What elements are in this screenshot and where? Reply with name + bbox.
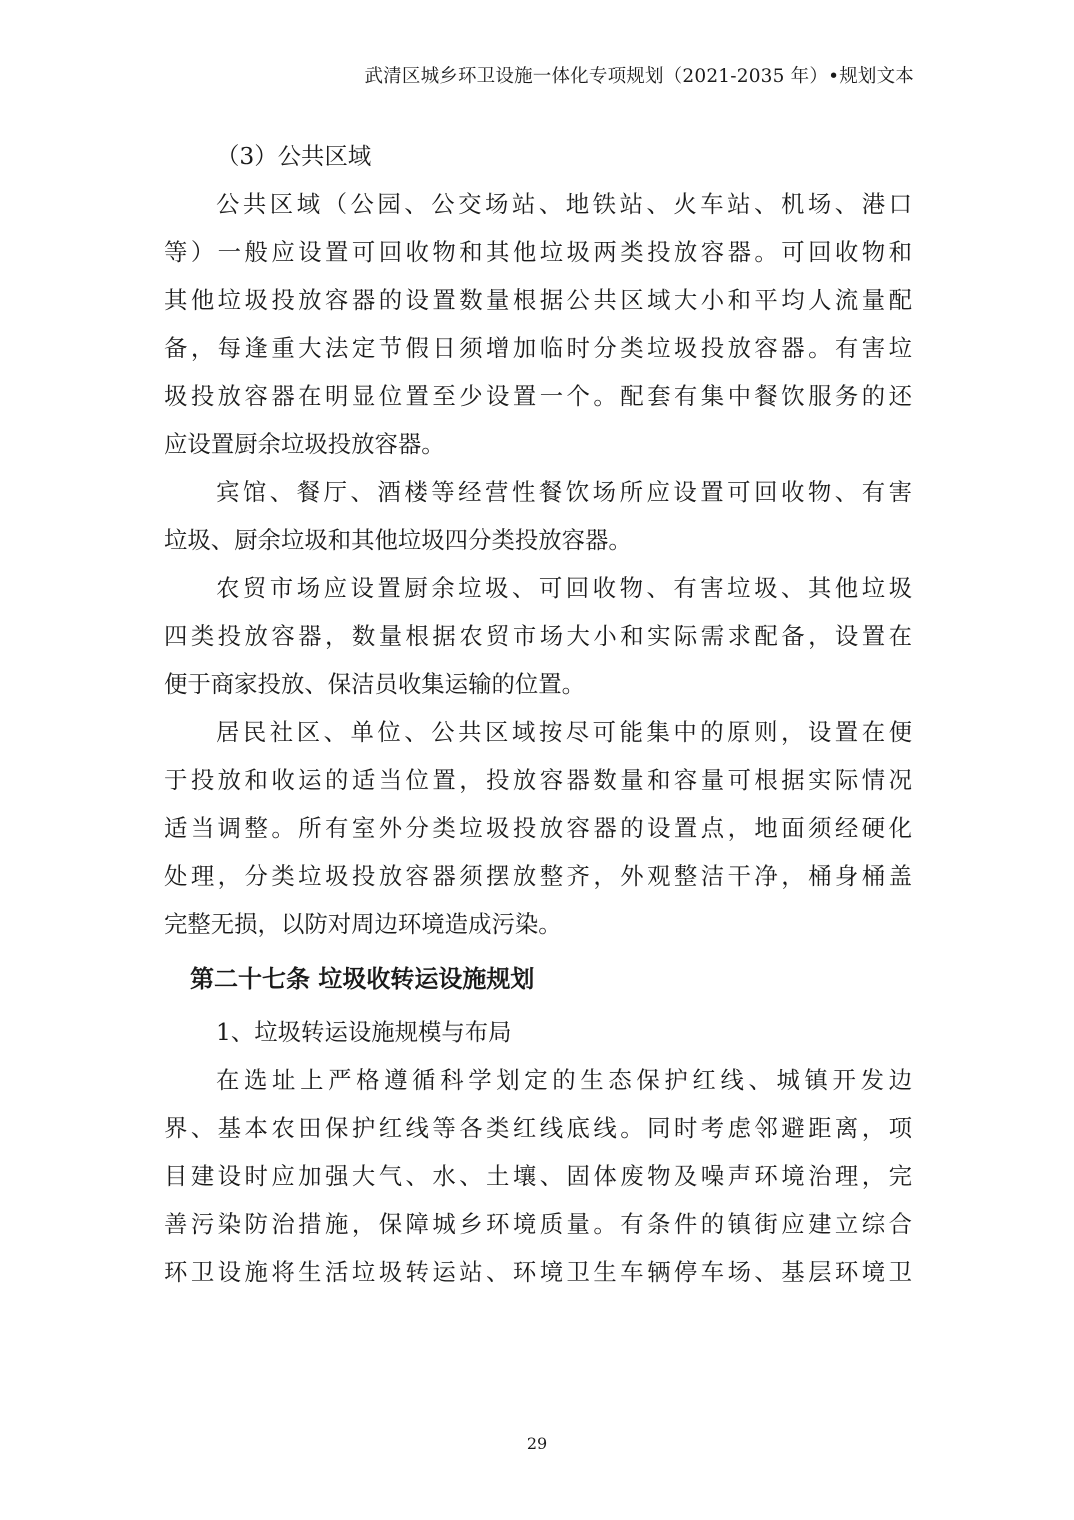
paragraph-line: 四类投放容器，数量根据农贸市场大小和实际需求配备，设置在: [164, 612, 912, 660]
paragraph-line: 于投放和收运的适当位置，投放容器数量和容量可根据实际情况: [164, 756, 912, 804]
paragraph-line: 其他垃圾投放容器的设置数量根据公共区域大小和平均人流量配: [164, 276, 912, 324]
running-header: 武清区城乡环卫设施一体化专项规划（2021-2035 年）•规划文本: [364, 62, 914, 88]
paragraph-line: 居民社区、单位、公共区域按尽可能集中的原则，设置在便: [164, 708, 912, 756]
paragraph-line: 便于商家投放、保洁员收集运输的位置。: [164, 660, 912, 708]
paragraph-line: 完整无损，以防对周边环境造成污染。: [164, 900, 912, 948]
paragraph-public-areas: 公共区域（公园、公交场站、地铁站、火车站、机场、港口 等）一般应设置可回收物和其…: [164, 180, 912, 468]
paragraph-line: 目建设时应加强大气、水、土壤、固体废物及噪声环境治理，完: [164, 1152, 912, 1200]
paragraph-restaurants: 宾馆、餐厅、酒楼等经营性餐饮场所应设置可回收物、有害 垃圾、厨余垃圾和其他垃圾四…: [164, 468, 912, 564]
article-subheading: 1、垃圾转运设施规模与布局: [164, 1008, 912, 1056]
paragraph-placement: 居民社区、单位、公共区域按尽可能集中的原则，设置在便 于投放和收运的适当位置，投…: [164, 708, 912, 948]
page-number: 29: [0, 1434, 1074, 1453]
paragraph-line: 垃圾、厨余垃圾和其他垃圾四分类投放容器。: [164, 516, 912, 564]
paragraph-line: 环卫设施将生活垃圾转运站、环境卫生车辆停车场、基层环境卫: [164, 1248, 912, 1296]
paragraph-line: 适当调整。所有室外分类垃圾投放容器的设置点，地面须经硬化: [164, 804, 912, 852]
paragraph-line: 宾馆、餐厅、酒楼等经营性餐饮场所应设置可回收物、有害: [164, 468, 912, 516]
paragraph-line: 备，每逢重大法定节假日须增加临时分类垃圾投放容器。有害垃: [164, 324, 912, 372]
article-heading: 第二十七条 垃圾收转运设施规划: [164, 950, 912, 1008]
paragraph-line: 在选址上严格遵循科学划定的生态保护红线、城镇开发边: [164, 1056, 912, 1104]
paragraph-siting: 在选址上严格遵循科学划定的生态保护红线、城镇开发边 界、基本农田保护红线等各类红…: [164, 1056, 912, 1296]
paragraph-line: 应设置厨余垃圾投放容器。: [164, 420, 912, 468]
paragraph-line: 界、基本农田保护红线等各类红线底线。同时考虑邻避距离，项: [164, 1104, 912, 1152]
paragraph-line: 公共区域（公园、公交场站、地铁站、火车站、机场、港口: [164, 180, 912, 228]
paragraph-line: 圾投放容器在明显位置至少设置一个。配套有集中餐饮服务的还: [164, 372, 912, 420]
paragraph-line: 等）一般应设置可回收物和其他垃圾两类投放容器。可回收物和: [164, 228, 912, 276]
section-subheading: （3）公共区域: [164, 132, 912, 180]
paragraph-line: 善污染防治措施，保障城乡环境质量。有条件的镇街应建立综合: [164, 1200, 912, 1248]
paragraph-markets: 农贸市场应设置厨余垃圾、可回收物、有害垃圾、其他垃圾 四类投放容器，数量根据农贸…: [164, 564, 912, 708]
page-body: （3）公共区域 公共区域（公园、公交场站、地铁站、火车站、机场、港口 等）一般应…: [164, 132, 912, 1296]
paragraph-line: 农贸市场应设置厨余垃圾、可回收物、有害垃圾、其他垃圾: [164, 564, 912, 612]
paragraph-line: 处理，分类垃圾投放容器须摆放整齐，外观整洁干净，桶身桶盖: [164, 852, 912, 900]
